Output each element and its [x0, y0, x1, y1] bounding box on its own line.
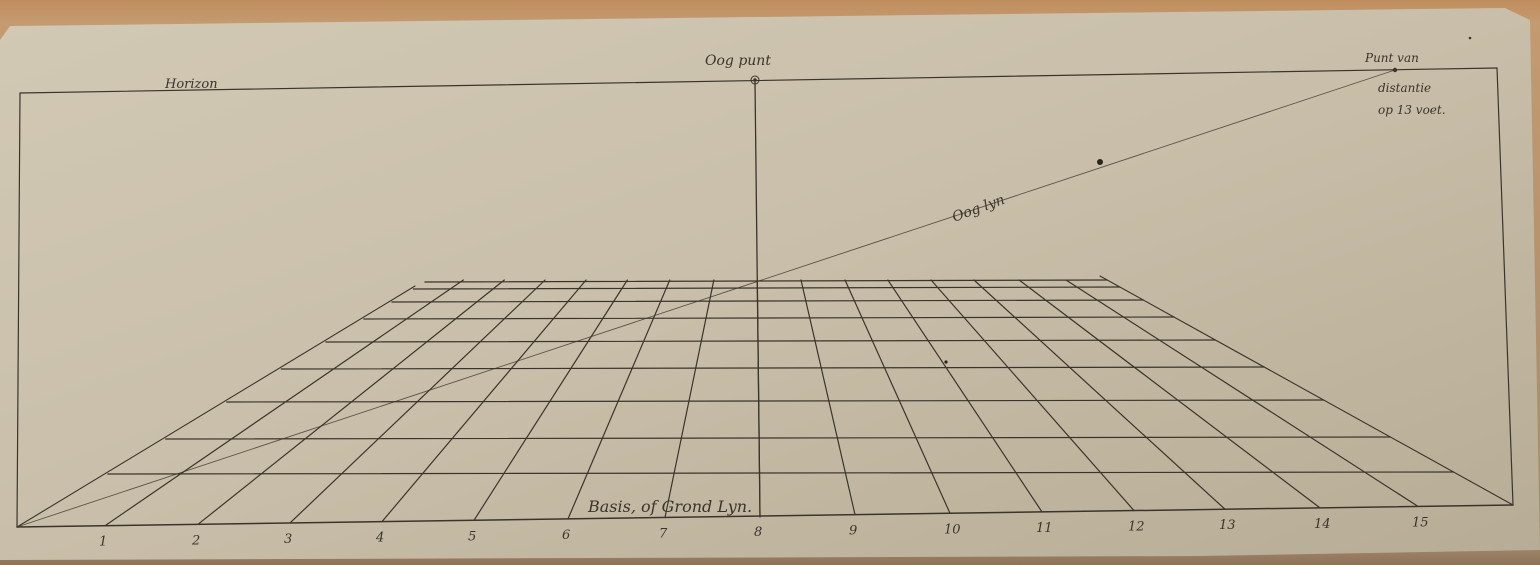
eye-point-label: Oog punt	[705, 53, 771, 69]
distance-point-label-1: Punt van	[1364, 51, 1419, 65]
ground-line-label: Basis, of Grond Lyn.	[587, 497, 752, 516]
ink-speck	[944, 360, 947, 363]
baseline-number: 6	[562, 528, 570, 543]
baseline-number: 10	[944, 522, 961, 537]
distance-point-icon	[1393, 68, 1397, 72]
ink-speck	[1469, 37, 1472, 40]
baseline-number: 11	[1036, 521, 1053, 536]
horizon-label: Horizon	[164, 77, 218, 92]
ink-speck	[1097, 159, 1103, 165]
baseline-number: 3	[284, 532, 292, 547]
baseline-number: 4	[375, 531, 384, 546]
baseline-number: 15	[1412, 515, 1429, 530]
baseline-number: 14	[1314, 517, 1331, 532]
baseline-number: 7	[659, 526, 668, 541]
distance-point-label-2: distantie	[1378, 81, 1431, 95]
baseline-number: 9	[849, 524, 857, 539]
paper-sheet	[0, 8, 1540, 560]
photo-stage: Horizon Oog punt Punt van distantie op 1…	[0, 0, 1540, 565]
baseline-number: 2	[191, 533, 200, 548]
baseline-number: 5	[468, 529, 476, 544]
distance-point-label-3: op 13 voet.	[1378, 103, 1446, 117]
baseline-number: 13	[1219, 518, 1236, 533]
baseline-number: 12	[1128, 520, 1145, 535]
baseline-number: 1	[99, 535, 107, 550]
drawing-sheet: Horizon Oog punt Punt van distantie op 1…	[0, 0, 1540, 565]
baseline-number: 8	[754, 525, 762, 540]
